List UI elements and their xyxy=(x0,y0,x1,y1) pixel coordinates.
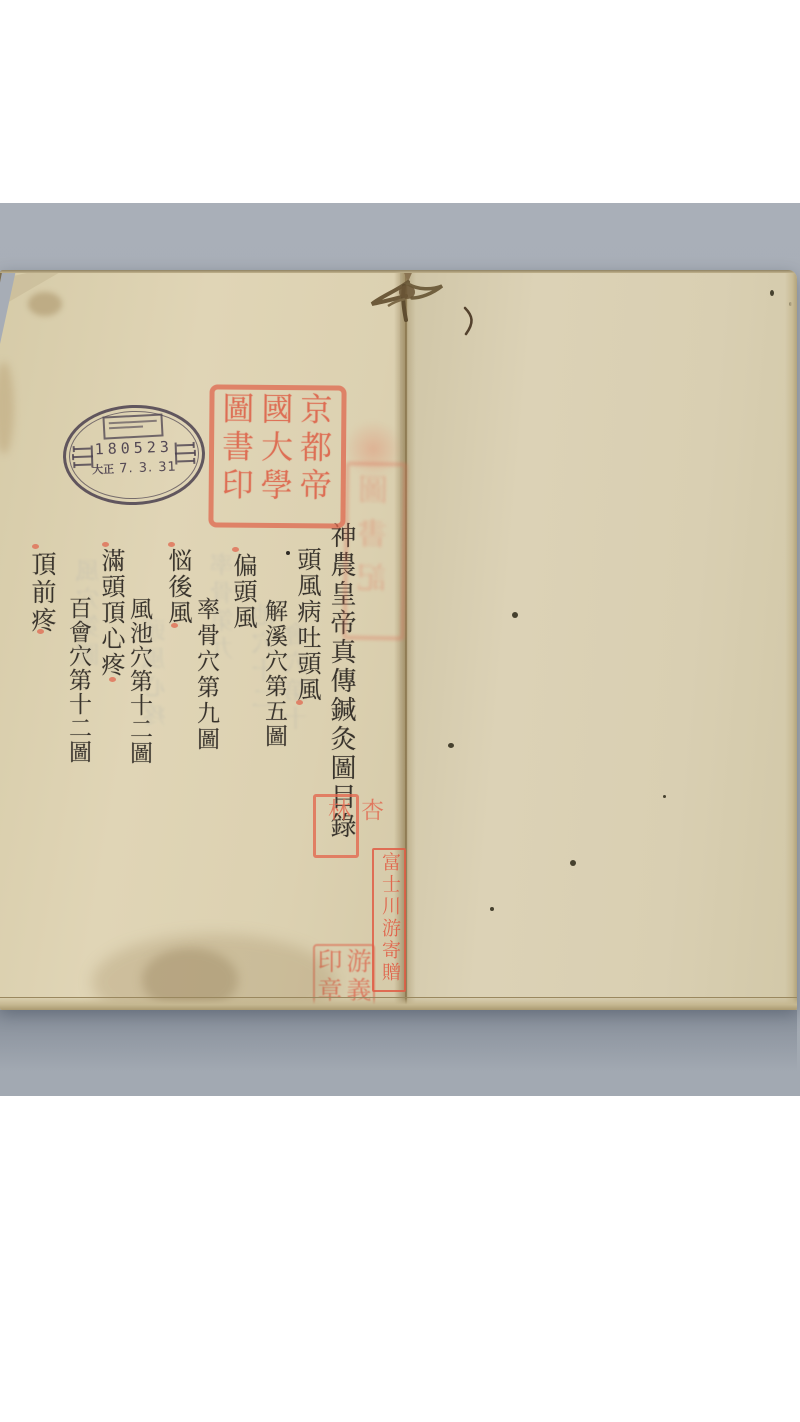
vermilion-reading-mark xyxy=(296,700,303,705)
vermilion-reading-mark xyxy=(171,623,178,628)
book-shadow xyxy=(0,1010,797,1072)
ink-speck xyxy=(663,795,666,798)
photo-background: 風穴第圖 頭風心疼 率骨第九 池穴十二 會穴第十 神農皇帝真傳鍼灸圖目錄 頭風病… xyxy=(0,203,800,1096)
open-book: 風穴第圖 頭風心疼 率骨第九 池穴十二 會穴第十 神農皇帝真傳鍼灸圖目錄 頭風病… xyxy=(0,270,797,1010)
toc-entry-heading: 頂前疼 xyxy=(24,551,60,635)
seal-script-text: 圖書記 xyxy=(353,474,399,607)
toc-entry-point: 解溪穴第五圖 xyxy=(258,599,291,749)
stain xyxy=(28,292,62,316)
top-white-margin xyxy=(0,0,800,203)
vermilion-reading-mark xyxy=(32,544,39,549)
toc-entry-heading: 悩後風 xyxy=(161,548,196,626)
stamp-cartouche xyxy=(102,413,163,439)
library-square-seal: 京都帝國大學圖書印 xyxy=(208,384,346,528)
right-page xyxy=(400,270,797,1010)
vermilion-reading-mark xyxy=(102,542,109,547)
book-top-edge xyxy=(0,270,797,273)
accession-date-stamp: 180523 大正 7. 3. 31 xyxy=(61,403,206,508)
ink-speck xyxy=(512,612,518,618)
left-page: 風穴第圖 頭風心疼 率骨第九 池穴十二 會穴第十 神農皇帝真傳鍼灸圖目錄 頭風病… xyxy=(0,270,400,1010)
small-collector-seal: 杏林 xyxy=(313,794,359,858)
date-value: 7. 3. 31 xyxy=(119,460,177,477)
ink-speck xyxy=(448,743,454,748)
book-bottom-edge xyxy=(0,997,797,1010)
vermilion-reading-mark xyxy=(37,629,44,634)
ink-mark-chevron xyxy=(462,306,478,338)
manuscript-scan-page: { "toc": { "title": "神農皇帝真傳鍼灸圖目錄", "colu… xyxy=(0,0,800,1422)
spine-tear xyxy=(358,270,454,332)
stain xyxy=(0,362,14,454)
ink-speck xyxy=(770,290,774,296)
ink-speck xyxy=(490,907,494,911)
faded-offset-seal: 圖書記 xyxy=(342,461,407,640)
seal-script-text: 京都帝國大學圖書印 xyxy=(215,391,333,515)
vermilion-reading-mark xyxy=(109,677,116,682)
seal-script-text: 杏林 xyxy=(321,798,387,855)
vermilion-reading-mark xyxy=(232,547,239,552)
toc-entry-heading: 偏頭風 xyxy=(226,553,261,631)
donation-seal-text: 富士川游寄贈 xyxy=(377,852,404,984)
toc-entry-point: 百會穴第十二圖 xyxy=(62,596,95,764)
toc-entry-heading: 頭風病吐頭風 xyxy=(290,547,325,703)
stamp-trident-ornament xyxy=(172,440,197,469)
vermilion-reading-mark xyxy=(168,542,175,547)
ink-speck xyxy=(570,860,576,866)
ink-dot-mark xyxy=(286,551,290,555)
fore-edge xyxy=(785,270,797,1010)
toc-entry-heading: 滿頭頂心疼 xyxy=(94,548,129,678)
stamp-trident-ornament xyxy=(72,443,97,472)
bottom-white-margin xyxy=(0,1096,800,1422)
donation-seal: 富士川游寄贈 xyxy=(372,848,406,992)
